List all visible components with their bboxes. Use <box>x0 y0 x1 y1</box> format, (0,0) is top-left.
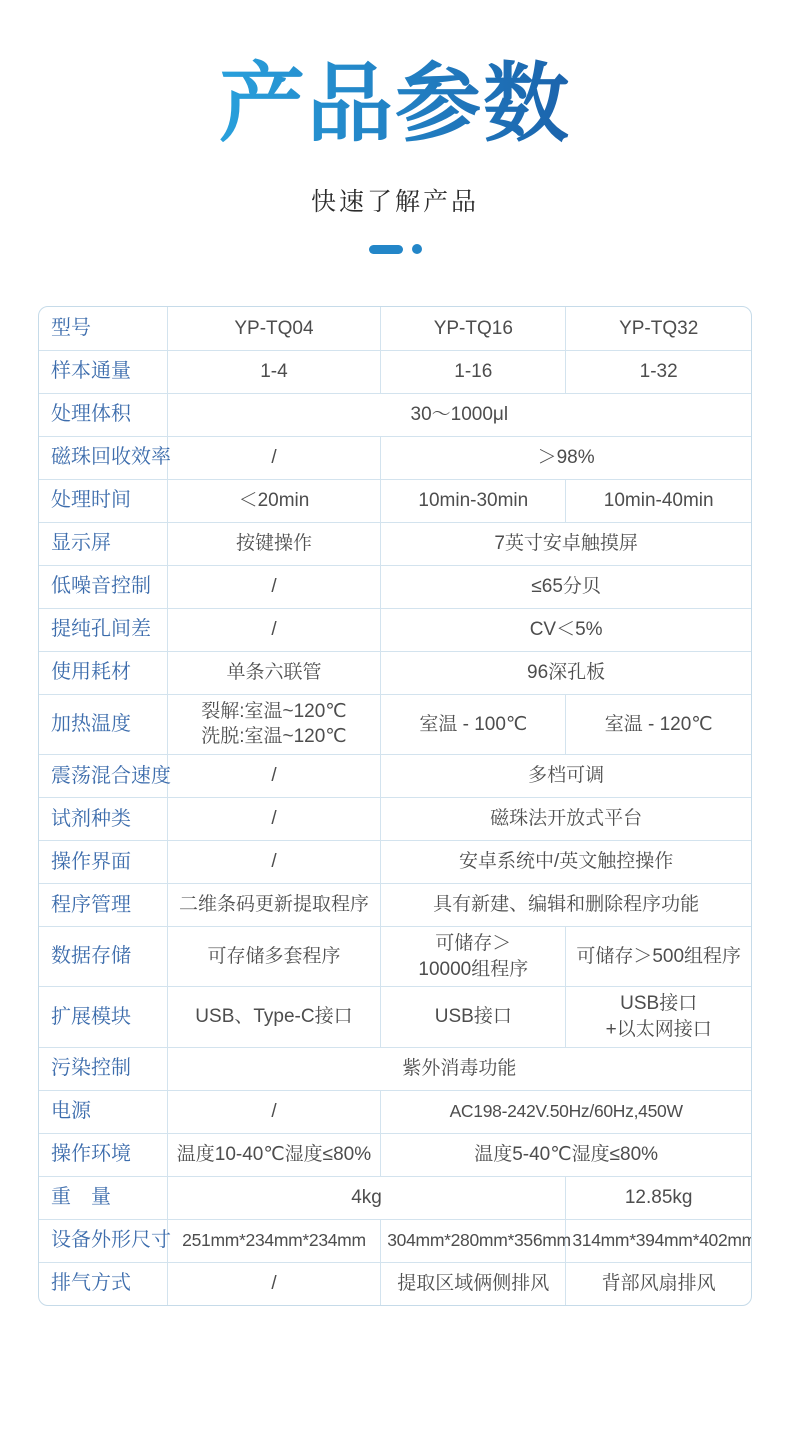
row-label: 样本通量 <box>39 350 167 393</box>
cell-value: 可存储多套程序 <box>167 927 381 987</box>
row-label: 使用耗材 <box>39 651 167 694</box>
table-row: 电源/AC198-242V.50Hz/60Hz,450W <box>39 1090 751 1133</box>
table-row: 使用耗材单条六联管96深孔板 <box>39 651 751 694</box>
cell-value: 温度5-40℃湿度≤80% <box>381 1133 751 1176</box>
row-label: 操作环境 <box>39 1133 167 1176</box>
divider-dot-icon <box>412 244 422 254</box>
cell-value: YP-TQ16 <box>381 307 566 350</box>
cell-value: 单条六联管 <box>167 651 381 694</box>
cell-value: 96深孔板 <box>381 651 751 694</box>
table-row: 提纯孔间差/CV＜5% <box>39 608 751 651</box>
cell-value: 可储存＞500组程序 <box>566 927 751 987</box>
row-label: 处理时间 <box>39 479 167 522</box>
row-label: 型号 <box>39 307 167 350</box>
title-divider <box>0 244 790 254</box>
cell-value: 按键操作 <box>167 522 381 565</box>
cell-value: / <box>167 841 381 884</box>
cell-value: YP-TQ32 <box>566 307 751 350</box>
cell-value: 提取区域俩侧排风 <box>381 1262 566 1305</box>
row-label: 震荡混合速度 <box>39 755 167 798</box>
table-row: 操作环境温度10-40℃湿度≤80%温度5-40℃湿度≤80% <box>39 1133 751 1176</box>
page-subtitle: 快速了解产品 <box>0 182 790 218</box>
cell-value: / <box>167 608 381 651</box>
cell-value: 314mm*394mm*402mm <box>566 1219 751 1262</box>
cell-value: USB接口 <box>381 987 566 1047</box>
table-row: 数据存储可存储多套程序可储存＞10000组程序可储存＞500组程序 <box>39 927 751 987</box>
row-label: 操作界面 <box>39 841 167 884</box>
table-row: 重 量4kg12.85kg <box>39 1176 751 1219</box>
page-header: 产品参数 快速了解产品 <box>0 0 790 254</box>
table-row: 震荡混合速度/多档可调 <box>39 755 751 798</box>
row-label: 程序管理 <box>39 884 167 927</box>
cell-value: 7英寸安卓触摸屏 <box>381 522 751 565</box>
cell-value: 多档可调 <box>381 755 751 798</box>
table-row: 设备外形尺寸251mm*234mm*234mm304mm*280mm*356mm… <box>39 1219 751 1262</box>
table-row: 加热温度裂解:室温~120℃洗脱:室温~120℃室温 - 100℃室温 - 12… <box>39 694 751 754</box>
row-label: 排气方式 <box>39 1262 167 1305</box>
table-row: 处理时间＜20min10min-30min10min-40min <box>39 479 751 522</box>
row-label: 污染控制 <box>39 1047 167 1090</box>
row-label: 电源 <box>39 1090 167 1133</box>
table-row: 型号YP-TQ04YP-TQ16YP-TQ32 <box>39 307 751 350</box>
cell-value: / <box>167 1090 381 1133</box>
row-label: 显示屏 <box>39 522 167 565</box>
table-row: 操作界面/安卓系统中/英文触控操作 <box>39 841 751 884</box>
cell-value: CV＜5% <box>381 608 751 651</box>
cell-value: 可储存＞10000组程序 <box>381 927 566 987</box>
cell-value: 304mm*280mm*356mm <box>381 1219 566 1262</box>
cell-value: 室温 - 100℃ <box>381 694 566 754</box>
table-row: 低噪音控制/≤65分贝 <box>39 565 751 608</box>
cell-value: 12.85kg <box>566 1176 751 1219</box>
cell-value: 10min-40min <box>566 479 751 522</box>
row-label: 重 量 <box>39 1176 167 1219</box>
table-row: 显示屏按键操作7英寸安卓触摸屏 <box>39 522 751 565</box>
table-row: 处理体积30～1000μl <box>39 393 751 436</box>
row-label: 处理体积 <box>39 393 167 436</box>
cell-value: 紫外消毒功能 <box>167 1047 751 1090</box>
cell-value: 裂解:室温~120℃洗脱:室温~120℃ <box>167 694 381 754</box>
table-row: 污染控制紫外消毒功能 <box>39 1047 751 1090</box>
cell-value: AC198-242V.50Hz/60Hz,450W <box>381 1090 751 1133</box>
cell-value: 二维条码更新提取程序 <box>167 884 381 927</box>
cell-value: / <box>167 1262 381 1305</box>
table-row: 试剂种类/磁珠法开放式平台 <box>39 798 751 841</box>
cell-value: / <box>167 565 381 608</box>
cell-value: ＞98% <box>381 436 751 479</box>
cell-value: 10min-30min <box>381 479 566 522</box>
cell-value: / <box>167 436 381 479</box>
cell-value: 30～1000μl <box>167 393 751 436</box>
table-row: 程序管理二维条码更新提取程序具有新建、编辑和删除程序功能 <box>39 884 751 927</box>
product-parameters-page: 产品参数 快速了解产品 型号YP-TQ04YP-TQ16YP-TQ32样本通量1… <box>0 0 790 1450</box>
cell-value: ≤65分贝 <box>381 565 751 608</box>
row-label: 提纯孔间差 <box>39 608 167 651</box>
row-label: 试剂种类 <box>39 798 167 841</box>
cell-value: 室温 - 120℃ <box>566 694 751 754</box>
table-row: 扩展模块USB、Type-C接口USB接口USB接口+以太网接口 <box>39 987 751 1047</box>
divider-dash-icon <box>369 245 403 254</box>
cell-value: 4kg <box>167 1176 566 1219</box>
row-label: 磁珠回收效率 <box>39 436 167 479</box>
spec-table-wrapper: 型号YP-TQ04YP-TQ16YP-TQ32样本通量1-41-161-32处理… <box>38 306 752 1306</box>
table-row: 样本通量1-41-161-32 <box>39 350 751 393</box>
row-label: 扩展模块 <box>39 987 167 1047</box>
cell-value: 251mm*234mm*234mm <box>167 1219 381 1262</box>
cell-value: 1-16 <box>381 350 566 393</box>
cell-value: YP-TQ04 <box>167 307 381 350</box>
cell-value: 磁珠法开放式平台 <box>381 798 751 841</box>
cell-value: ＜20min <box>167 479 381 522</box>
cell-value: 温度10-40℃湿度≤80% <box>167 1133 381 1176</box>
spec-table: 型号YP-TQ04YP-TQ16YP-TQ32样本通量1-41-161-32处理… <box>39 307 751 1305</box>
cell-value: 具有新建、编辑和删除程序功能 <box>381 884 751 927</box>
cell-value: 1-4 <box>167 350 381 393</box>
cell-value: / <box>167 798 381 841</box>
table-row: 排气方式/提取区域俩侧排风背部风扇排风 <box>39 1262 751 1305</box>
cell-value: USB、Type-C接口 <box>167 987 381 1047</box>
cell-value: USB接口+以太网接口 <box>566 987 751 1047</box>
table-row: 磁珠回收效率/＞98% <box>39 436 751 479</box>
row-label: 数据存储 <box>39 927 167 987</box>
cell-value: 背部风扇排风 <box>566 1262 751 1305</box>
cell-value: / <box>167 755 381 798</box>
row-label: 低噪音控制 <box>39 565 167 608</box>
cell-value: 1-32 <box>566 350 751 393</box>
page-title: 产品参数 <box>219 56 571 152</box>
row-label: 加热温度 <box>39 694 167 754</box>
cell-value: 安卓系统中/英文触控操作 <box>381 841 751 884</box>
row-label: 设备外形尺寸 <box>39 1219 167 1262</box>
